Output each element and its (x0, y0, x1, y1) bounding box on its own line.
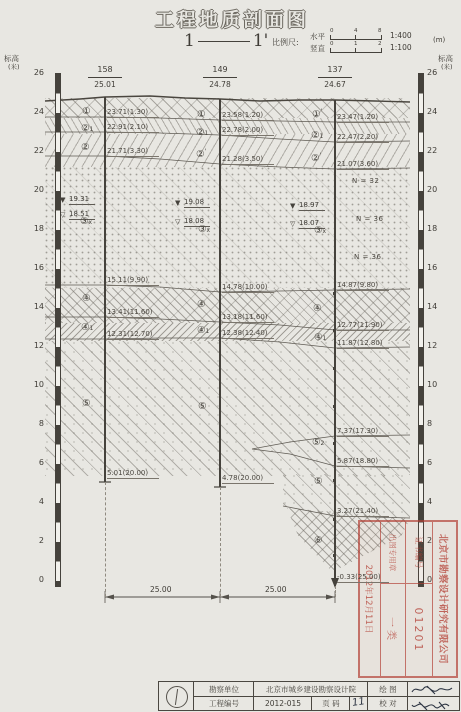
stratum-number: ④ (82, 293, 91, 304)
sample-point (333, 292, 336, 295)
borehole-projection-line (105, 482, 106, 597)
depth-elevation-label: 5.01(20.00) (107, 469, 159, 479)
stratum-number: ③x (80, 216, 92, 227)
right-axis-value: 12 (427, 341, 447, 350)
stratum-subscript: x (89, 219, 93, 226)
water-level-symbol: ▼ (60, 196, 65, 204)
stratum-number: ① (197, 109, 206, 120)
stamp-grade: 一类 (381, 584, 405, 676)
depth-elevation-label: 5.87(18.80) (337, 457, 389, 467)
stratum-subscript: x (207, 227, 211, 234)
sample-point (333, 329, 336, 332)
page-title: 工程地质剖面图 (155, 5, 309, 32)
depth-elevation-label: 21.07(3.60) (337, 160, 389, 170)
borehole-projection-line (335, 586, 336, 597)
left-axis-value: 8 (24, 419, 44, 428)
stratum-number: ②1 (196, 127, 208, 138)
water-level-symbol: ▼ (175, 199, 180, 207)
stratum-number: ④ (197, 299, 206, 310)
right-axis-value: 24 (427, 107, 447, 116)
dimension-label: 25.00 (150, 585, 171, 594)
scale-bar-vertical-ticks: 0 1 2 (330, 41, 382, 46)
stratum-number: ②1 (81, 123, 93, 134)
scale-horizontal-ratio: 1:400 (390, 31, 412, 40)
stratum-subscript: 1 (205, 130, 209, 137)
borehole-line (334, 100, 335, 586)
depth-elevation-label: 13.41(11.60) (107, 308, 159, 318)
depth-elevation-label: 23.71(1.30) (107, 108, 159, 118)
left-axis-value: 16 (24, 263, 44, 272)
depth-elevation-label: 22.78(2.00) (222, 126, 274, 136)
scale-bar-horizontal (330, 35, 382, 40)
depth-elevation-label: -0.33(25.00) (337, 573, 389, 583)
depth-elevation-label: 14.87(9.80) (337, 281, 389, 291)
signature-drafter (409, 683, 459, 696)
left-axis-value: 6 (24, 458, 44, 467)
left-axis-value: 2 (24, 536, 44, 545)
depth-elevation-label: 12.31(12.70) (107, 330, 159, 340)
depth-elevation-label: 15.11(9.90) (107, 276, 159, 286)
stamp-cert-no: 01201 (406, 584, 432, 676)
left-axis-value: 18 (24, 224, 44, 233)
tick: 2 (378, 41, 382, 47)
depth-elevation-label: 7.37(17.30) (337, 427, 389, 437)
stratum-subscript: 1 (90, 126, 94, 133)
depth-elevation-label: 22.47(2.20) (337, 133, 389, 143)
section-label: 1 1' (184, 31, 268, 51)
left-axis-value: 22 (24, 146, 44, 155)
stratum-number: ① (82, 106, 91, 117)
stratum-number: ③x (314, 225, 326, 236)
stratum-number: ②' (311, 152, 321, 164)
stratum-number: ②' (196, 148, 206, 160)
borehole-id: 149 (198, 65, 242, 74)
stratum-superscript: ' (321, 108, 323, 115)
spt-n-value: N = 36 (356, 215, 383, 223)
right-elevation-ruler (418, 73, 424, 587)
water-level-value: 18.97 (299, 200, 325, 211)
scale-bar-horizontal-ticks: 0 4 8 (330, 28, 382, 33)
stratum-number: ④1 (81, 322, 93, 333)
spt-n-value: N = 36 (354, 253, 381, 261)
dimension-label: 25.00 (265, 585, 286, 594)
borehole-top-elevation: 25.01 (83, 80, 127, 89)
depth-elevation-label: 21.71(3.30) (107, 147, 159, 157)
sample-point (333, 554, 336, 557)
right-axis-value: 18 (427, 224, 447, 233)
stratum-number: ③x (198, 224, 210, 235)
left-axis-value: 0 (24, 575, 44, 584)
depth-elevation-label: 23.47(1.20) (337, 113, 389, 123)
draw-label: 绘 图 (369, 682, 407, 697)
left-axis-unit: (米) (8, 62, 20, 71)
water-level-symbol: ▼ (290, 202, 295, 210)
right-axis-value: 6 (427, 458, 447, 467)
footer-title-block: 勘察单位 北京市城乡建设勘察设计院 绘 图 工程编号 2012-015 页 码 … (158, 681, 460, 711)
stratum-number: ⑤ (82, 398, 91, 409)
project-no-label: 工程编号 (195, 696, 253, 711)
depth-elevation-label: 4.78(20.00) (222, 474, 274, 484)
left-axis-value: 12 (24, 341, 44, 350)
left-axis-value: 26 (24, 68, 44, 77)
page-number: 11 (349, 694, 368, 711)
right-axis-value: 8 (427, 419, 447, 428)
stratum-number: ⑤ (314, 476, 323, 487)
scale-vertical-ratio: 1:100 (390, 43, 412, 52)
stratum-subscript: 2 (321, 440, 325, 447)
left-elevation-ruler (55, 73, 61, 587)
right-axis-value: 10 (427, 380, 447, 389)
water-level-value: 19.08 (184, 197, 210, 208)
tick: 8 (378, 28, 382, 34)
stratum-subscript: 1 (90, 325, 94, 332)
stratum-superscript: ' (320, 152, 322, 159)
borehole-id: 158 (83, 65, 127, 74)
water-level-symbol: ▽ (175, 218, 180, 226)
depth-elevation-label: 23.58(1.20) (222, 111, 274, 121)
sample-point (333, 367, 336, 370)
scale-label: 比例尺: (272, 37, 299, 48)
right-axis-value: 2 (427, 536, 447, 545)
right-axis-value: 26 (427, 68, 447, 77)
depth-elevation-label: 12.77(11.90) (337, 321, 389, 331)
right-axis-value: 22 (427, 146, 447, 155)
left-axis-value: 24 (24, 107, 44, 116)
tick: 0 (330, 41, 334, 47)
section-from: 1 (184, 31, 195, 51)
sample-point (333, 442, 336, 445)
depth-elevation-label: 11.87(12.80) (337, 339, 389, 349)
sample-point (333, 479, 336, 482)
company-logo (166, 686, 188, 708)
depth-elevation-label: 14.78(10.00) (222, 283, 274, 293)
scale-horizontal-name: 水平 (310, 31, 325, 42)
check-label: 校 对 (369, 696, 407, 711)
stratum-band-5 (45, 341, 410, 476)
surveyor-name: 北京市城乡建设勘察设计院 (255, 682, 367, 697)
borehole-id: 137 (313, 65, 357, 74)
surveyor-label: 勘察单位 (195, 682, 253, 697)
right-axis-value: 16 (427, 263, 447, 272)
stratum-subscript: 1 (323, 335, 327, 342)
project-no: 2012-015 (255, 696, 311, 711)
stratum-subscript: 1 (320, 133, 324, 140)
depth-elevation-label: 22.91(2.10) (107, 123, 159, 133)
depth-elevation-label: 21.28(3.50) (222, 155, 274, 165)
borehole-id-underline (318, 77, 352, 78)
tick: 1 (354, 41, 358, 47)
scale-unit: (m) (433, 36, 445, 44)
stratum-number: ②1 (311, 130, 323, 141)
borehole-line (219, 99, 220, 487)
left-axis-value: 20 (24, 185, 44, 194)
section-to: 1' (253, 31, 269, 51)
borehole-top-elevation: 24.78 (198, 80, 242, 89)
left-axis-value: 10 (24, 380, 44, 389)
stratum-number: ⑤ (198, 401, 207, 412)
section-dash (198, 41, 250, 42)
stratum-number: ⑥ (314, 535, 323, 546)
stratum-number: ② (81, 142, 90, 153)
stratum-number: ④1 (197, 325, 209, 336)
left-axis-value: 14 (24, 302, 44, 311)
stratum-superscript: ' (205, 148, 207, 155)
water-level-symbol: ▽ (60, 211, 65, 219)
signature-checker (409, 698, 459, 711)
scale-vertical-name: 竖直 (310, 43, 325, 54)
stratum-number: ①' (312, 108, 322, 120)
right-axis-value: 14 (427, 302, 447, 311)
right-axis-value: 0 (427, 575, 447, 584)
drawing: 工程地质剖面图 1 1' 比例尺: 水平 竖直 0 4 8 0 1 2 1:40… (0, 0, 461, 712)
sample-point (333, 518, 336, 521)
borehole-top-elevation: 24.67 (313, 80, 357, 89)
stratum-band-3 (45, 167, 410, 288)
stamp-date: 2012年12月11日 (358, 522, 380, 676)
stratum-number: ④ (313, 303, 322, 314)
spt-n-value: N = 32 (352, 177, 379, 185)
water-level-value: 19.31 (69, 194, 95, 205)
stratum-subscript: x (323, 228, 327, 235)
stratum-number: ④1 (314, 332, 326, 343)
borehole-id-underline (203, 77, 237, 78)
right-axis-value: 4 (427, 497, 447, 506)
tick: 0 (330, 28, 334, 34)
stratum-subscript: 1 (206, 328, 210, 335)
water-level-symbol: ▽ (290, 220, 295, 228)
page-label: 页 码 (313, 696, 349, 711)
depth-elevation-label: 12.38(12.40) (222, 329, 274, 339)
depth-elevation-label: 13.18(11.60) (222, 313, 274, 323)
scale-bar-vertical (330, 48, 382, 53)
stratum-number: ⑤2 (312, 437, 324, 448)
borehole-id-underline (88, 77, 122, 78)
stamp-company: 北京市勘察设计研究有限公司 (432, 522, 456, 676)
right-axis-value: 20 (427, 185, 447, 194)
left-axis-value: 4 (24, 497, 44, 506)
borehole-projection-line (220, 487, 221, 597)
tick: 4 (354, 28, 358, 34)
borehole-line (104, 97, 105, 482)
depth-elevation-label: 3.27(21.40) (337, 507, 389, 517)
sample-point (333, 405, 336, 408)
